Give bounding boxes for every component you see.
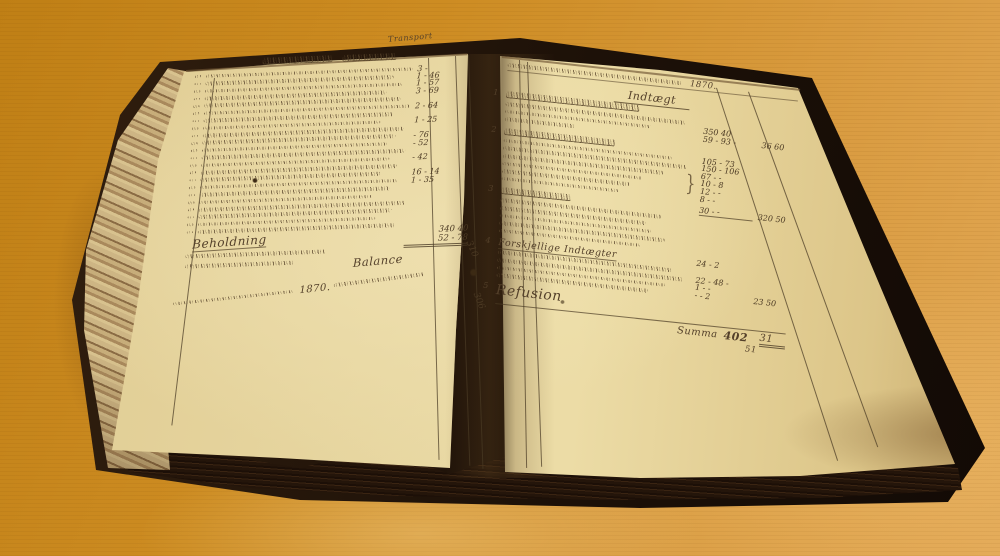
section-number: 1 bbox=[493, 88, 499, 98]
row-number-mark bbox=[192, 127, 198, 130]
totals-block: 340 40 52 - 78 bbox=[404, 225, 469, 248]
amount-value bbox=[415, 97, 461, 99]
amount-value bbox=[697, 251, 751, 257]
amount-col2-value bbox=[758, 206, 792, 210]
amount-value bbox=[409, 216, 455, 218]
amount-col2-value bbox=[755, 279, 789, 283]
right-page-writing: 1870. Indtægt 1 350 40 bbox=[485, 60, 798, 521]
row-number-mark bbox=[190, 172, 196, 175]
row-number-mark bbox=[191, 142, 197, 145]
date-line: 1870. bbox=[173, 282, 330, 309]
brace-icon: } bbox=[685, 171, 696, 197]
section-number: 2 bbox=[491, 124, 497, 134]
handwriting-scribble bbox=[173, 290, 293, 306]
amount-value bbox=[410, 201, 456, 203]
total-value: 52 - 78 bbox=[404, 233, 468, 244]
heading-scribble bbox=[263, 55, 333, 64]
ledger-lines: 3 - 1 - 46 1 - 57 3 - 69 2 - 64 bbox=[187, 64, 463, 236]
amount-value: - 52 bbox=[413, 137, 459, 147]
amount-col2-value bbox=[760, 175, 794, 179]
summa-value-col2: 31 bbox=[759, 332, 786, 349]
amount-value bbox=[413, 149, 459, 151]
amount-col2-value bbox=[756, 250, 790, 254]
ink-smudge bbox=[470, 268, 477, 277]
row-number-mark bbox=[188, 209, 194, 212]
row-number-mark bbox=[190, 164, 196, 167]
refusion-label: Refusion bbox=[496, 282, 563, 305]
amount-col2-value bbox=[754, 287, 788, 291]
row-number-mark bbox=[191, 149, 197, 152]
row-number-mark bbox=[187, 231, 193, 234]
section-number: 3 bbox=[488, 184, 494, 194]
amount-col2-value bbox=[760, 183, 794, 187]
heading-scribble bbox=[342, 53, 396, 62]
amount-col2-value bbox=[756, 242, 790, 246]
handwriting-scribble bbox=[185, 261, 295, 268]
amount-value bbox=[410, 193, 456, 195]
amount-col2-value bbox=[762, 131, 796, 135]
row-number-mark bbox=[194, 97, 200, 100]
row-number-mark bbox=[191, 157, 197, 160]
transport-note: Transport bbox=[388, 31, 433, 44]
row-number-mark bbox=[190, 179, 196, 182]
amount-value: 2 - 64 bbox=[415, 100, 461, 110]
year-text: 1870. bbox=[299, 282, 330, 296]
row-number-mark bbox=[195, 83, 201, 86]
photo-scene: Transport 3 - 1 - 46 1 - 57 3 - 69 bbox=[0, 0, 1000, 556]
amount-col2-value bbox=[759, 190, 793, 194]
row-number-mark bbox=[189, 186, 195, 189]
row-number-mark bbox=[188, 216, 194, 219]
row-number-mark bbox=[193, 120, 199, 123]
amount-col2-value bbox=[756, 257, 790, 261]
row-number-mark bbox=[195, 75, 201, 78]
amount-value: 1 - 35 bbox=[411, 175, 457, 185]
amount-col2-value bbox=[757, 235, 791, 239]
amount-value bbox=[414, 127, 460, 129]
signature-scribble bbox=[334, 272, 424, 287]
amount-col2-value bbox=[759, 198, 793, 202]
row-number-mark bbox=[193, 112, 199, 115]
amount-col2-value bbox=[757, 227, 791, 231]
row-number-mark bbox=[192, 134, 198, 137]
amount-value: 3 - 69 bbox=[416, 86, 462, 96]
amount-col2-value bbox=[760, 168, 794, 172]
amount-value bbox=[415, 112, 461, 114]
row-number-mark bbox=[187, 223, 193, 226]
section-number: 4 bbox=[485, 236, 491, 246]
row-number-mark bbox=[193, 105, 199, 108]
amount-value: 1 - 25 bbox=[414, 115, 460, 125]
row-number-mark bbox=[194, 90, 200, 93]
balance-label: Balance bbox=[353, 252, 403, 270]
row-number-mark bbox=[188, 201, 194, 204]
amount-value bbox=[411, 186, 457, 188]
row-number-mark bbox=[189, 194, 195, 197]
amount-value bbox=[412, 164, 458, 166]
amount-value: - 42 bbox=[412, 152, 458, 162]
left-page-writing: 3 - 1 - 46 1 - 57 3 - 69 2 - 64 bbox=[174, 49, 464, 479]
amount-value bbox=[410, 208, 456, 210]
section-number: 5 bbox=[483, 280, 489, 290]
